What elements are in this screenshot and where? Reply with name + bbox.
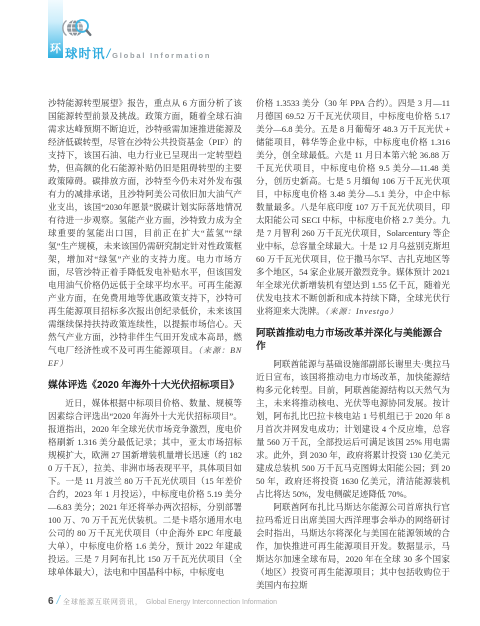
pv-tender-heading: 媒体评选《2020 年海外十大光伏招标项目》 — [48, 379, 242, 392]
masthead-accent-bar: 环 — [48, 0, 63, 58]
page-number: 6 — [48, 596, 54, 607]
masthead-title: 球时讯/Global Information — [65, 44, 211, 63]
right-column: 价格 1.3533 美分（30 年 PPA 合约）。四是 3 月—11 月德国 … — [256, 97, 450, 592]
globe-magnifier-icon — [62, 13, 92, 48]
pv-tender-continuation-text: 价格 1.3533 美分（30 年 PPA 合约）。四是 3 月—11 月德国 … — [256, 98, 450, 316]
saudi-report-paragraph: 沙特能源转型展望》报告，重点从 6 方面分析了该国能源转型前景及挑战。政策方面，… — [48, 97, 242, 370]
footer-label-en: Global Energy Interconnection Informatio… — [143, 599, 277, 606]
masthead-cn-title: 球时讯 — [65, 47, 106, 61]
page-footer: 6/全球能源互联网资讯，Global Energy Interconnectio… — [48, 591, 277, 609]
footer-label-cn: 全球能源互联网资讯， — [63, 599, 143, 606]
saudi-report-text: 沙特能源转型展望》报告，重点从 6 方面分析了该国能源转型前景及挑战。政策方面，… — [48, 98, 242, 355]
left-column: 沙特能源转型展望》报告，重点从 6 方面分析了该国能源转型前景及挑战。政策方面，… — [48, 97, 242, 592]
pv-tender-continuation-paragraph: 价格 1.3533 美分（30 年 PPA 合约）。四是 3 月—11 月德国 … — [256, 97, 450, 318]
uae-reform-paragraph-2: 阿联酋阿布扎比马斯达尔能源公司首席执行官拉玛希近日出席美国大西洋理事会举办的网络… — [256, 501, 450, 592]
article-body: 沙特能源转型展望》报告，重点从 6 方面分析了该国能源转型前景及挑战。政策方面，… — [48, 97, 450, 592]
uae-reform-paragraph-1: 阿联酋能源与基础设施部副部长谢里夫·奥拉马近日宣布，该国将推动电力市场改革，加快… — [256, 358, 450, 501]
magazine-page: 环 球时讯/Global Information 沙特能源转型展望》报告，重点从… — [0, 0, 480, 626]
masthead-cn-highlight: 环 — [48, 40, 63, 56]
pv-tender-paragraph: 近日，媒体根据中标项目价格、数量、规模等因素综合评选出“2020 年海外十大光伏… — [48, 397, 242, 579]
footer-divider: / — [54, 593, 63, 607]
pv-tender-source: （来源：Investgo） — [325, 307, 399, 316]
masthead-en-title: Global Information — [112, 51, 211, 60]
uae-reform-heading: 阿联酋推动电力市场改革并深化与美能源合作 — [256, 327, 450, 353]
